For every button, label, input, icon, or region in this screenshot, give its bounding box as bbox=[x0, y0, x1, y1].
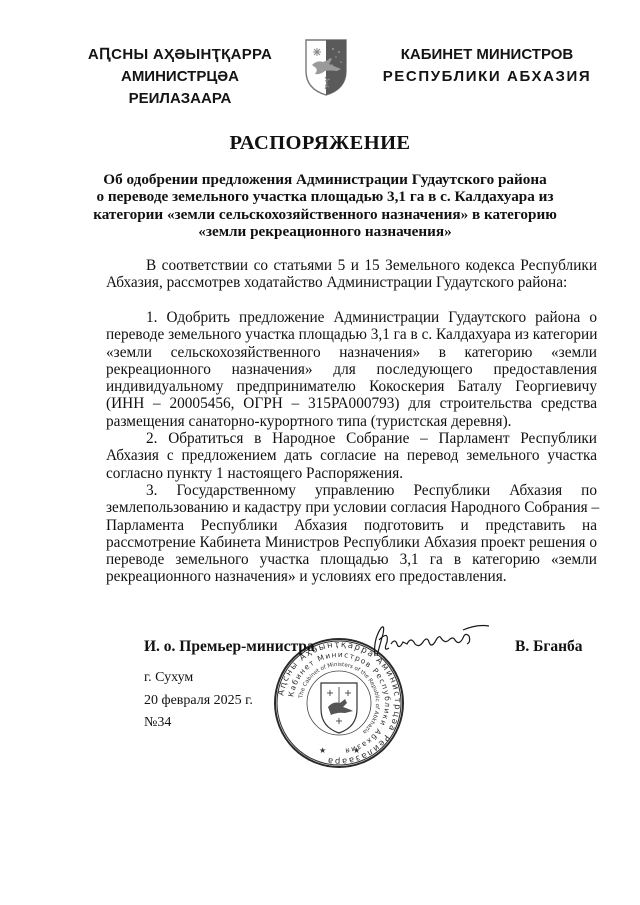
header-left: АԤСНЫ АҲӘЫНҬҚАРРА АМИНИСТРЦӘА РЕИЛАЗААРА bbox=[70, 44, 290, 110]
svg-text:★: ★ bbox=[353, 746, 360, 755]
document-type-title: РАСПОРЯЖЕНИЕ bbox=[0, 132, 640, 155]
subject-line: категории «земли сельскохозяйственного н… bbox=[80, 206, 570, 223]
item-line: рассмотрение Кабинета Министров Республи… bbox=[106, 534, 597, 551]
item-line: 1. Одобрить предложение Администрации Гу… bbox=[106, 309, 597, 326]
header-right: КАБИНЕТ МИНИСТРОВ РЕСПУБЛИКИ АБХАЗИЯ bbox=[372, 44, 602, 88]
header-right-line2: РЕСПУБЛИКИ АБХАЗИЯ bbox=[372, 66, 602, 88]
item-line: переводе земельного участка площадью 3,1… bbox=[106, 551, 597, 568]
subject-line: «земли рекреационного назначения» bbox=[80, 223, 570, 240]
subject-line: о переводе земельного участка площадью 3… bbox=[80, 188, 570, 205]
document-subject: Об одобрении предложения Администрации Г… bbox=[80, 171, 570, 240]
item-line: Парламента Республики Абхазия подготовит… bbox=[106, 517, 597, 534]
item-line: согласно пункту 1 настоящего Распоряжени… bbox=[106, 465, 597, 482]
item-line: размещения санаторно-курортного типа (ту… bbox=[106, 413, 597, 430]
document-date: 20 февраля 2025 г. bbox=[144, 693, 253, 709]
signatory-name: В. Бганба bbox=[515, 638, 583, 656]
preamble-line: Абхазия, рассмотрев ходатайство Админист… bbox=[106, 274, 597, 291]
item-1: 1. Одобрить предложение Администрации Гу… bbox=[106, 309, 597, 430]
item-line: 3. Государственному управлению Республик… bbox=[106, 482, 597, 499]
resolution-items: 1. Одобрить предложение Администрации Гу… bbox=[106, 309, 597, 586]
preamble: В соответствии со статьями 5 и 15 Земель… bbox=[106, 257, 597, 292]
subject-line: Об одобрении предложения Администрации Г… bbox=[80, 171, 570, 188]
header-right-line1: КАБИНЕТ МИНИСТРОВ bbox=[372, 44, 602, 66]
item-line: рекреационного назначения» для последующ… bbox=[106, 361, 597, 378]
document-number: №34 bbox=[144, 715, 171, 731]
header-left-line2: АМИНИСТРЦӘА РЕИЛАЗААРА bbox=[70, 66, 290, 110]
preamble-line: В соответствии со статьями 5 и 15 Земель… bbox=[106, 257, 597, 274]
abkhazia-coat-of-arms-icon bbox=[303, 37, 349, 97]
svg-text:★: ★ bbox=[319, 746, 326, 755]
signatory-position: И. о. Премьер-министра bbox=[144, 638, 315, 656]
header-left-line1: АԤСНЫ АҲӘЫНҬҚАРРА bbox=[70, 44, 290, 66]
item-line: землепользованию и кадастру при условии … bbox=[106, 499, 597, 516]
item-3: 3. Государственному управлению Республик… bbox=[106, 482, 597, 586]
item-line: (ИНН – 20005456, ОГРН – 315РА000793) для… bbox=[106, 395, 597, 412]
item-line: «земли сельскохозяйственного назначения»… bbox=[106, 344, 597, 361]
item-line: переводе земельного участка площадью 3,1… bbox=[106, 326, 597, 343]
item-line: индивидуальному предпринимателю Кокоскер… bbox=[106, 378, 597, 395]
item-2: 2. Обратиться в Народное Собрание – Парл… bbox=[106, 430, 597, 482]
document-place: г. Сухум bbox=[144, 670, 193, 686]
handwritten-signature-icon bbox=[367, 622, 492, 660]
item-line: Абхазия с предложением дать согласие на … bbox=[106, 447, 597, 464]
item-line: 2. Обратиться в Народное Собрание – Парл… bbox=[106, 430, 597, 447]
item-line: рекреационного назначения» и условиях ег… bbox=[106, 568, 597, 585]
